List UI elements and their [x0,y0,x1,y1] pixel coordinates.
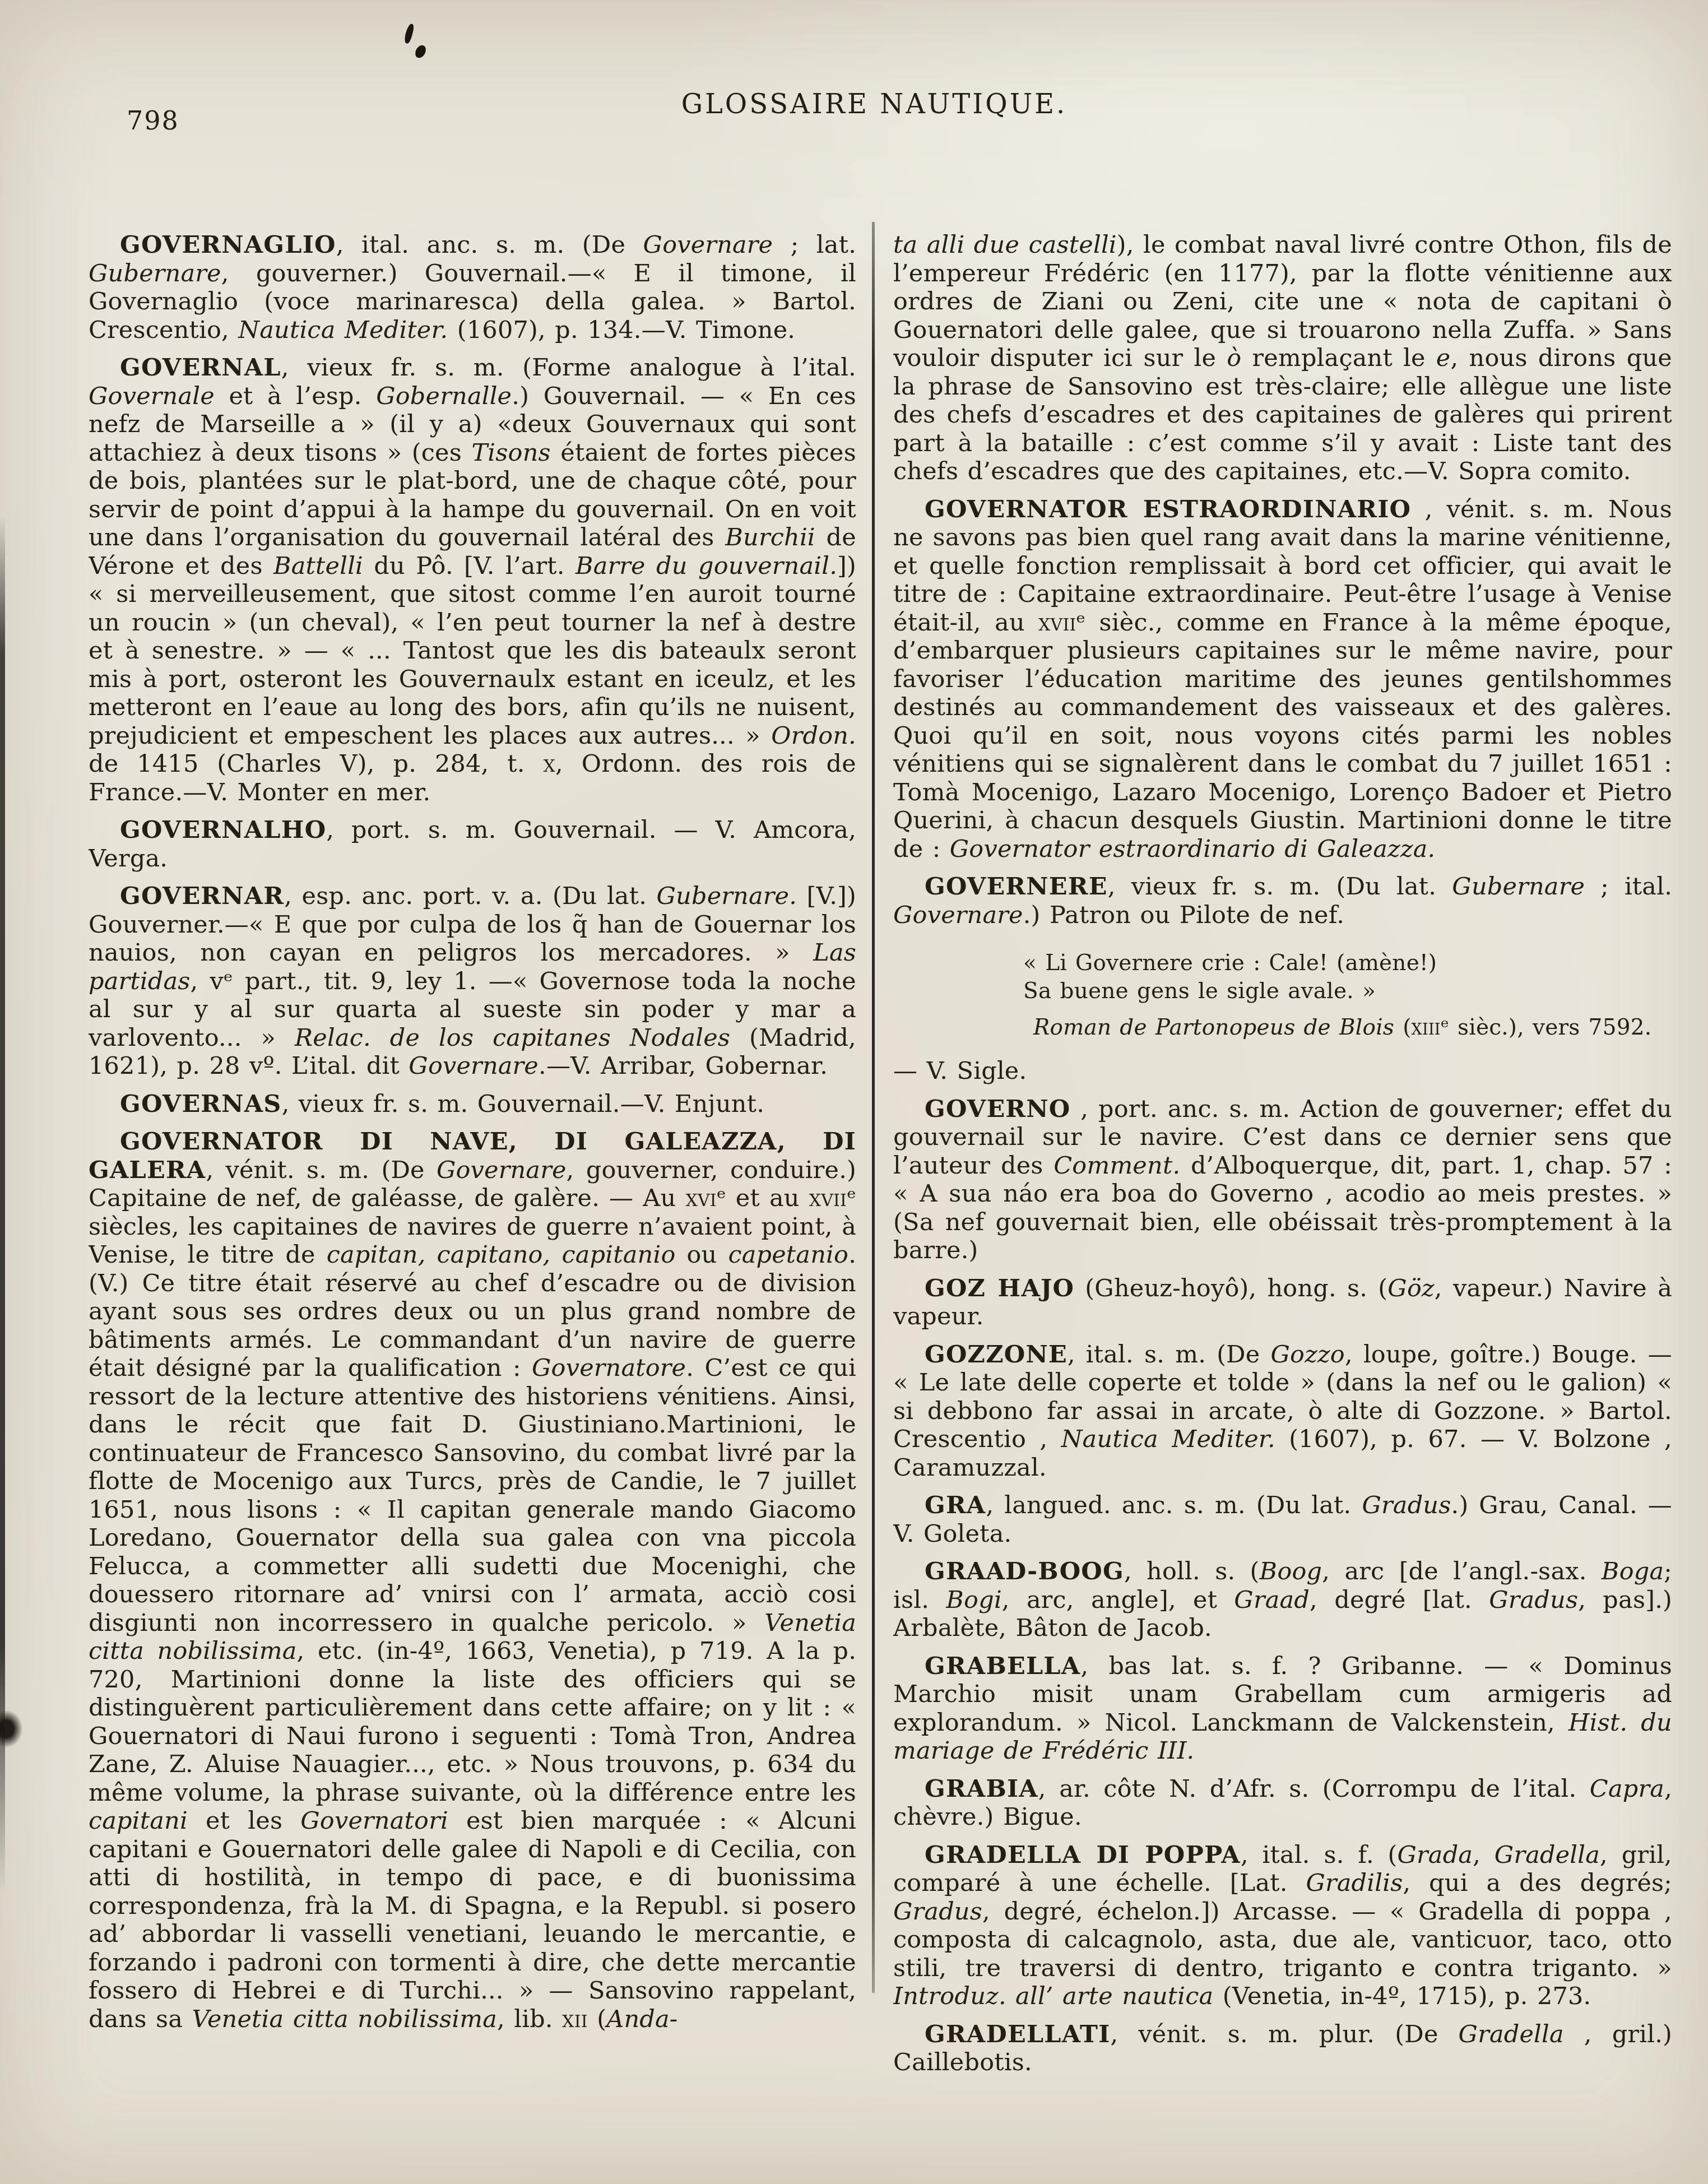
ink-blot [413,43,428,59]
text-run: Capra [1590,1775,1664,1803]
text-run: . C’est ce qui ressort de la lecture att… [89,1354,856,1637]
text-run: , degré, échelon.]) Arcasse. — « Gradell… [893,1898,1672,1982]
text-run: , ar. côte N. d’Afr. s. (Corrompu de l’i… [1038,1775,1590,1803]
headword: GOZ HAJO [925,1274,1074,1302]
text-run: Bogi [946,1586,1002,1614]
text-run: Governare [893,901,1023,929]
text-run: « Li Governere crie : Cale! (amène!) [1023,950,1437,976]
text-run: Battelli [273,552,363,580]
text-run: xii [562,2005,588,2033]
text-run: xviiᵉ [1038,609,1085,637]
verse-line: « Li Governere crie : Cale! (amène!) [1023,949,1672,977]
text-run: Nautica Mediter. [1061,1425,1275,1453]
text-run: , degré [lat. [1310,1586,1489,1614]
text-run: , esp. anc. port. v. a. (Du lat. [284,882,656,910]
text-run: xviiᵉ [809,1184,856,1212]
text-run: Göz [1387,1274,1435,1302]
text-run: capitan, capitano, capitanio [327,1241,676,1269]
text-run: , [1473,1841,1494,1869]
column-divider-rule [872,222,875,1993]
text-run: Venetia citta nobilissima [192,2005,497,2033]
text-run: Gozzo [1271,1341,1345,1369]
headword: GOVERNO [925,1095,1070,1123]
cross-reference: — V. Sigle. [893,1057,1672,1086]
text-run: du Pô. [V. l’art. [363,552,575,580]
text-run: capetanio [728,1241,848,1269]
text-run: Gradus [1489,1586,1578,1614]
headword: GRADELLATI [925,2020,1110,2048]
headword: GOZZONE [925,1341,1067,1369]
text-run: ( [588,2005,606,2033]
text-run: Sa buene gens le sigle avale. » [1023,979,1376,1004]
dictionary-entry: GOVERNO , port. anc. s. m. Action de gou… [893,1095,1672,1265]
text-run: Introduz. all’ arte nautica [893,1982,1213,2010]
text-run: est bien marquée : « Alcuni capitani e G… [89,1807,856,2033]
text-run: Grada [1398,1841,1473,1869]
text-run: ò [1227,344,1241,372]
text-run: Governatori [300,1807,448,1835]
left-column: GOVERNAGLIO, ital. anc. s. m. (De Govern… [89,231,856,2075]
text-run: ou [675,1241,728,1269]
text-run: sièc.), vers 7592. [1449,1015,1651,1040]
right-column: ta alli due castelli), le combat naval l… [893,231,1672,2097]
text-run: , vieux fr. s. m. (Du lat. [1108,873,1452,901]
text-run: Governatore [532,1354,686,1382]
text-run: , ital. s. m. (De [1067,1341,1271,1369]
text-run: Governare [437,1156,567,1184]
text-run: Relac. de los capitanes Nodales [295,1024,730,1052]
text-run: remplaçant le [1241,344,1436,372]
text-run: , langued. anc. s. m. (Du lat. [986,1491,1362,1519]
scan-edge-shadow [0,516,5,1894]
dictionary-entry: GOVERNAL, vieux fr. s. m. (Forme analogu… [89,354,856,806]
headword: GOVERNALHO [120,816,326,844]
headword: GOVERNATOR ESTRAORDINARIO [925,495,1411,523]
text-run: et les [188,1807,300,1835]
text-run: et au [726,1184,809,1212]
text-run: Gradella [1459,2020,1564,2048]
text-run: — V. Sigle. [893,1057,1027,1085]
scanned-page: 798 GLOSSAIRE NAUTIQUE. GOVERNAGLIO, ita… [0,0,1708,2184]
text-run: , arc [de l’angl.-sax. [1322,1557,1602,1585]
text-run: Graad [1234,1586,1310,1614]
text-run: Burchii [725,523,815,551]
headword: GRA [925,1491,986,1519]
text-run: de 1415 (Charles V), p. 284, t. [89,750,543,778]
text-run: ( [1394,1015,1412,1040]
page-number: 798 [127,105,179,136]
text-run: , qui a des degrés; [1403,1869,1672,1897]
dictionary-entry: GOVERNAGLIO, ital. anc. s. m. (De Govern… [89,231,856,344]
text-run: , vieux fr. s. m. (Forme analogue à l’it… [281,354,856,382]
text-run: Gradus [893,1898,982,1926]
text-run: Gubernare [89,259,221,288]
dictionary-entry: GRAAD-BOOG, holl. s. (Boog, arc [de l’an… [893,1557,1672,1643]
text-run: Barre du gouvernail. [575,552,837,580]
text-run: x [543,750,555,778]
text-run: .) Patron ou Pilote de nef. [1023,901,1345,929]
headword: GOVERNAL [120,354,281,382]
dictionary-entry: GOVERNERE, vieux fr. s. m. (Du lat. Gube… [893,873,1672,929]
text-run: Gradella [1494,1841,1600,1869]
text-run: Gobernalle [376,382,512,410]
text-run: Nautica Mediter. [238,316,448,344]
headword: GRAAD-BOOG [925,1557,1124,1585]
text-run: ; lat. [773,231,856,259]
dictionary-entry: GRADELLA DI POPPA, ital. s. f. (Grada, G… [893,1841,1672,2011]
text-run: , holl. s. ( [1124,1557,1260,1585]
text-run: ; ital. [1585,873,1672,901]
text-run: , vieux fr. s. m. Gouvernail.—V. Enjunt. [282,1090,764,1118]
text-run: Gubernare [1452,873,1585,901]
text-run: ]) « si merveilleusement, que sitost com… [89,552,856,750]
dictionary-entry: GRABIA, ar. côte N. d’Afr. s. (Corrompu … [893,1775,1672,1831]
text-run: , vénit. s. m. (De [206,1156,437,1184]
dictionary-entry: GOZ HAJO (Gheuz-hoyô), hong. s. (Göz, va… [893,1274,1672,1331]
dictionary-entry: GOVERNALHO, port. s. m. Gouvernail. — V.… [89,816,856,873]
text-run: Governator estraordinario di Galeazza. [950,835,1436,863]
text-run: , vénit. s. m. plur. (De [1110,2020,1458,2048]
text-run: , arc, angle], et [1002,1586,1234,1614]
text-run: , lib. [497,2005,562,2033]
text-run: (Venetia, in-4º, 1715), p. 273. [1213,1982,1591,2010]
text-run: (Gheuz-hoyô), hong. s. ( [1074,1274,1387,1302]
text-run: Gradus [1362,1491,1451,1519]
text-run: Ordon. [771,722,856,750]
text-run: Gradilis [1306,1869,1403,1897]
headword: GRABIA [925,1775,1038,1803]
text-run: et à l’esp. [215,382,376,410]
dictionary-entry: GOVERNATOR DI NAVE, DI GALEAZZA, DI GALE… [89,1128,856,2033]
text-run: capitani [89,1807,188,1835]
continuation-paragraph: ta alli due castelli), le combat naval l… [893,231,1672,486]
text-run: Gubernare. [656,882,797,910]
headword: GRADELLA DI POPPA [925,1841,1241,1869]
text-run: xviᵉ [685,1184,726,1212]
text-run: Governare [643,231,773,259]
dictionary-entry: GOVERNATOR ESTRAORDINARIO , vénit. s. m.… [893,495,1672,864]
text-run: , ital. s. f. ( [1241,1841,1398,1869]
text-run: , ital. anc. s. m. (De [336,231,643,259]
dictionary-entry: GOVERNAR, esp. anc. port. v. a. (Du lat.… [89,882,856,1081]
text-run: e [1436,344,1451,372]
text-run: Tisons [471,439,550,467]
verse-line: Sa buene gens le sigle avale. » [1023,977,1672,1005]
headword: GOVERNAR [120,882,284,910]
text-run: Boga [1602,1557,1664,1585]
headword: GRABELLA [925,1652,1080,1680]
ink-blot [403,23,415,44]
text-run: Roman de Partonopeus de Blois [1033,1015,1394,1040]
text-run: (1607), p. 134.—V. Timone. [448,316,795,344]
headword: GOVERNAGLIO [120,231,336,259]
dictionary-entry: GRABELLA, bas lat. s. f. ? Gribanne. — «… [893,1652,1672,1765]
text-run: .—V. Arribar, Gobernar. [539,1052,828,1080]
headword: GOVERNAS [120,1090,282,1118]
text-run: sièc., comme en France à la même époque,… [893,609,1672,863]
headword: GOVERNERE [925,873,1108,901]
text-run: ta alli due castelli [893,231,1117,259]
text-run: Comment. [1053,1152,1180,1180]
running-title: GLOSSAIRE NAUTIQUE. [681,89,1067,120]
dictionary-entry: GOVERNAS, vieux fr. s. m. Gouvernail.—V.… [89,1090,856,1119]
verse-attribution: Roman de Partonopeus de Blois (xiiiᵉ siè… [1033,1014,1672,1041]
text-run: Governale [89,382,215,410]
text-run: xiiiᵉ [1412,1015,1449,1040]
text-run: Anda- [606,2005,677,2033]
text-run: Governare [409,1052,539,1080]
dictionary-entry: GRADELLATI, vénit. s. m. plur. (De Grade… [893,2020,1672,2077]
text-run: Boog [1260,1557,1322,1585]
dictionary-entry: GOZZONE, ital. s. m. (De Gozzo, loupe, g… [893,1341,1672,1482]
margin-ink-speck [0,1710,22,1747]
verse-quote: « Li Governere crie : Cale! (amène!)Sa b… [1023,949,1672,1005]
dictionary-entry: GRA, langued. anc. s. m. (Du lat. Gradus… [893,1491,1672,1548]
